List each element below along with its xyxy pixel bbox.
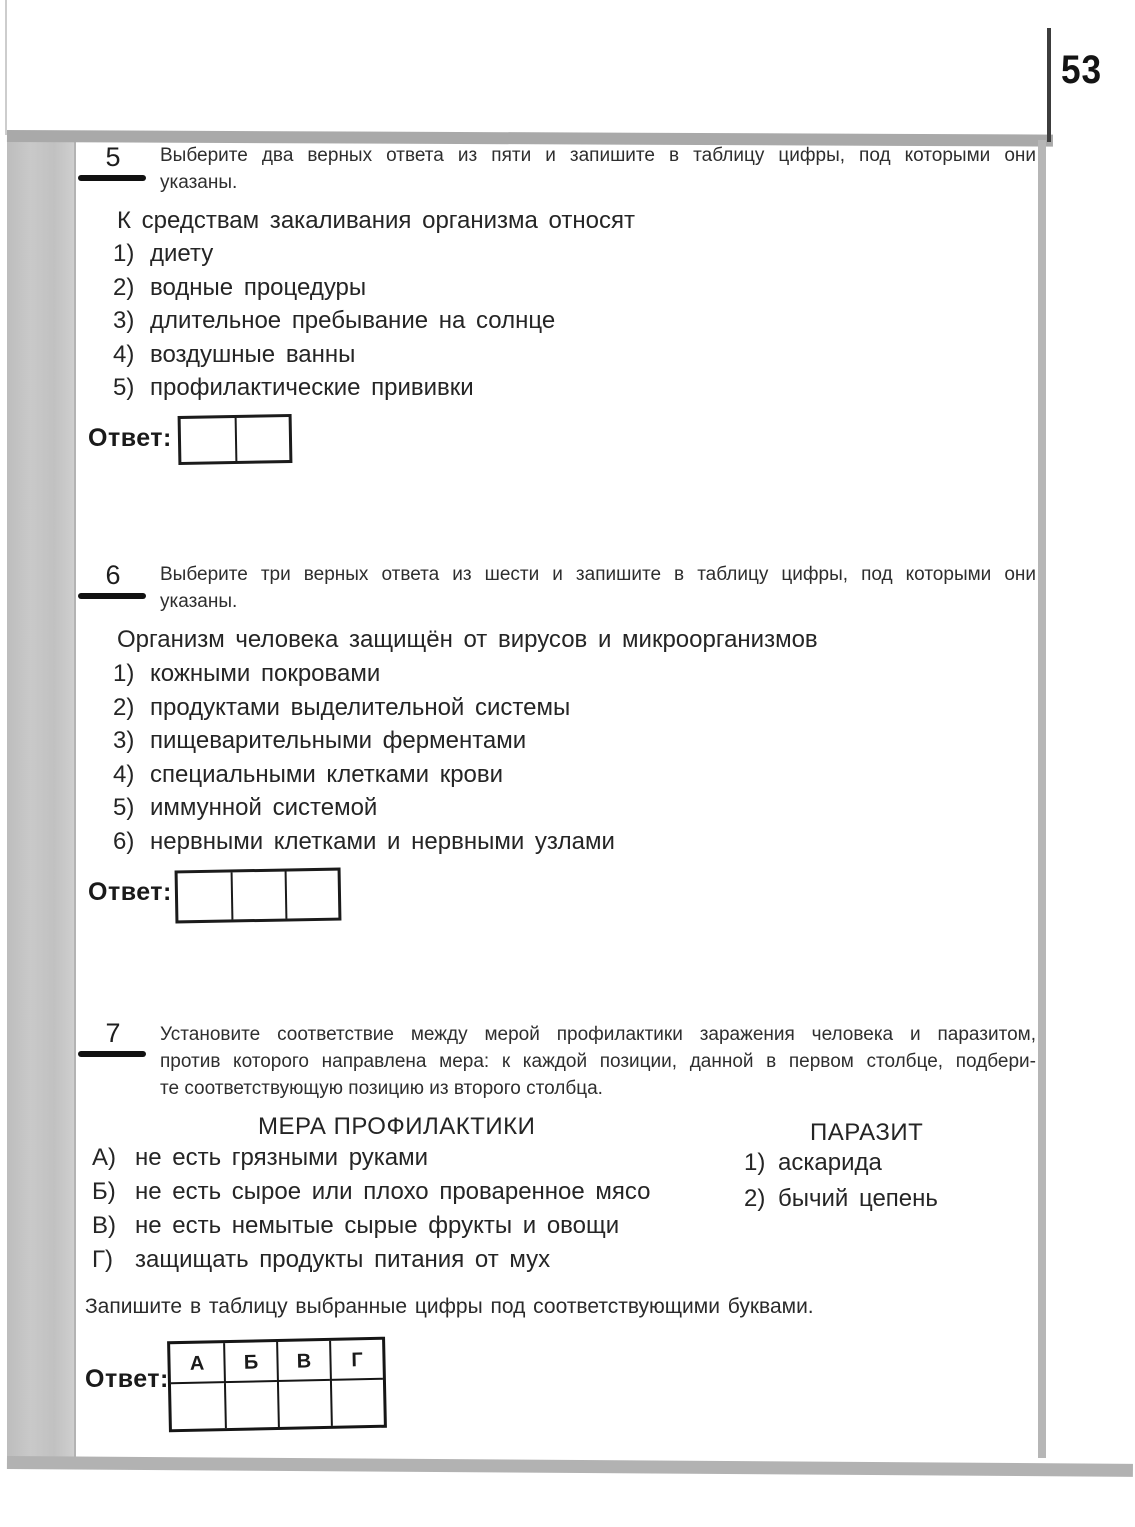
question-6-instruction: Выберите три верных ответа из шести и за… bbox=[160, 561, 1036, 615]
match-letter: Г) bbox=[92, 1243, 135, 1277]
match-left-item: Г)защищать продукты питания от мух bbox=[92, 1243, 651, 1277]
option-item: 5)иммунной системой bbox=[113, 791, 615, 825]
table-value-cell[interactable] bbox=[224, 1382, 278, 1428]
option-item: 3)пищеварительными ферментами bbox=[113, 724, 615, 758]
question-7-number: 7 bbox=[96, 1018, 130, 1049]
option-text: профилактические прививки bbox=[150, 374, 474, 401]
match-letter: В) bbox=[92, 1209, 135, 1243]
match-text: бычий цепень bbox=[778, 1185, 938, 1212]
question-5-number: 5 bbox=[96, 142, 130, 173]
question-6-number: 6 bbox=[96, 560, 130, 591]
match-text: не есть грязными руками bbox=[135, 1144, 428, 1171]
option-item: 5)профилактические прививки bbox=[113, 371, 555, 405]
table-header-cell: Б bbox=[223, 1342, 277, 1383]
instruction-line: Установите соответствие между мерой проф… bbox=[160, 1021, 1036, 1048]
table-value-cell[interactable] bbox=[171, 1383, 225, 1429]
option-number: 3) bbox=[113, 724, 150, 758]
answer-cell[interactable] bbox=[235, 417, 290, 461]
match-left-item: Б)не есть сырое или плохо проваренное мя… bbox=[92, 1175, 651, 1209]
option-number: 2) bbox=[113, 691, 150, 725]
bottom-edge-shadow bbox=[7, 1456, 1133, 1477]
left-margin-shadow bbox=[7, 131, 76, 1462]
option-text: диету bbox=[150, 240, 213, 267]
answer-cell[interactable] bbox=[231, 872, 285, 920]
option-number: 3) bbox=[113, 304, 150, 338]
match-right-list: 1)аскарида 2)бычий цепень bbox=[744, 1145, 938, 1217]
match-right-item: 1)аскарида bbox=[744, 1145, 938, 1181]
table-value-cell[interactable] bbox=[330, 1380, 384, 1426]
option-item: 6)нервными клетками и нервными узлами bbox=[113, 825, 615, 859]
option-item: 3)длительное пребывание на солнце bbox=[113, 304, 555, 338]
match-letter: А) bbox=[92, 1141, 135, 1175]
instruction-line: против которого направлена мера: к каждо… bbox=[160, 1048, 1036, 1075]
option-number: 1) bbox=[113, 657, 150, 691]
option-text: водные процедуры bbox=[150, 274, 366, 301]
match-number: 1) bbox=[744, 1145, 778, 1181]
match-right-header: ПАРАЗИТ bbox=[810, 1119, 923, 1147]
option-text: иммунной системой bbox=[150, 794, 377, 821]
answer-label: Ответ: bbox=[88, 878, 172, 907]
instruction-line: те соответствующую позицию из второго ст… bbox=[160, 1075, 1036, 1102]
question-5-options: 1)диету 2)водные процедуры 3)длительное … bbox=[113, 237, 555, 405]
question-5-stem: К средствам закаливания организма относя… bbox=[117, 207, 635, 235]
question-6-stem: Организм человека защищён от вирусов и м… bbox=[117, 626, 818, 654]
option-text: воздушные ванны bbox=[150, 341, 355, 368]
option-item: 4)специальными клетками крови bbox=[113, 758, 615, 792]
match-left-header: МЕРА ПРОФИЛАКТИКИ bbox=[258, 1113, 535, 1141]
option-number: 4) bbox=[113, 758, 150, 792]
question-7-instruction: Установите соответствие между мерой проф… bbox=[160, 1021, 1036, 1102]
option-item: 2)продуктами выделительной системы bbox=[113, 691, 615, 725]
answer-label: Ответ: bbox=[85, 1365, 169, 1394]
option-text: продуктами выделительной системы bbox=[150, 694, 570, 721]
option-item: 1)кожными покровами bbox=[113, 657, 615, 691]
option-text: нервными клетками и нервными узлами bbox=[150, 828, 615, 855]
answer-note: Запишите в таблицу выбранные цифры под с… bbox=[85, 1295, 814, 1319]
match-left-item: А)не есть грязными руками bbox=[92, 1141, 651, 1175]
question-5-instruction: Выберите два верных ответа из пяти и зап… bbox=[160, 142, 1036, 196]
question-7-underline bbox=[78, 1051, 146, 1057]
option-number: 5) bbox=[113, 371, 150, 405]
option-item: 2)водные процедуры bbox=[113, 271, 555, 305]
question-5-underline bbox=[78, 175, 146, 181]
match-left-item: В)не есть немытые сырые фрукты и овощи bbox=[92, 1209, 651, 1243]
table-value-cell[interactable] bbox=[277, 1381, 331, 1427]
question-7-answer-table: А Б В Г bbox=[167, 1337, 387, 1433]
option-number: 4) bbox=[113, 338, 150, 372]
answer-cell[interactable] bbox=[178, 872, 232, 920]
match-text: защищать продукты питания от мух bbox=[135, 1246, 550, 1273]
option-item: 1)диету bbox=[113, 237, 555, 271]
instruction-line: Выберите два верных ответа из пяти и зап… bbox=[160, 142, 1036, 169]
instruction-line: указаны. bbox=[160, 169, 1036, 196]
option-text: пищеварительными ферментами bbox=[150, 727, 526, 754]
match-text: не есть сырое или плохо проваренное мясо bbox=[135, 1178, 651, 1205]
match-text: не есть немытые сырые фрукты и овощи bbox=[135, 1212, 619, 1239]
match-right-item: 2)бычий цепень bbox=[744, 1181, 938, 1217]
scanned-page: 53 5 Выберите два верных ответа из пяти … bbox=[0, 0, 1135, 1527]
table-header-cell: В bbox=[276, 1341, 330, 1382]
match-number: 2) bbox=[744, 1181, 778, 1217]
instruction-line: указаны. bbox=[160, 588, 1036, 615]
option-number: 6) bbox=[113, 825, 150, 859]
page-crease-line bbox=[5, 0, 7, 135]
question-6-underline bbox=[78, 593, 146, 599]
option-number: 1) bbox=[113, 237, 150, 271]
table-header-cell: Г bbox=[329, 1340, 383, 1381]
option-text: специальными клетками крови bbox=[150, 761, 503, 788]
option-text: длительное пребывание на солнце bbox=[150, 307, 555, 334]
instruction-line: Выберите три верных ответа из шести и за… bbox=[160, 561, 1036, 588]
question-5-answer-box bbox=[178, 414, 293, 465]
option-number: 2) bbox=[113, 271, 150, 305]
right-edge-shadow bbox=[1038, 140, 1046, 1458]
answer-cell[interactable] bbox=[284, 871, 338, 919]
answer-label: Ответ: bbox=[88, 424, 172, 453]
table-header-cell: А bbox=[170, 1343, 224, 1384]
question-6-options: 1)кожными покровами 2)продуктами выделит… bbox=[113, 657, 615, 859]
match-text: аскарида bbox=[778, 1149, 882, 1176]
corner-crop-mark bbox=[1047, 28, 1051, 142]
option-number: 5) bbox=[113, 791, 150, 825]
option-text: кожными покровами bbox=[150, 660, 380, 687]
question-6-answer-box bbox=[175, 868, 342, 924]
match-left-list: А)не есть грязными руками Б)не есть сыро… bbox=[92, 1141, 651, 1277]
match-letter: Б) bbox=[92, 1175, 135, 1209]
answer-cell[interactable] bbox=[181, 418, 236, 462]
option-item: 4)воздушные ванны bbox=[113, 338, 555, 372]
page-number: 53 bbox=[1061, 48, 1102, 93]
